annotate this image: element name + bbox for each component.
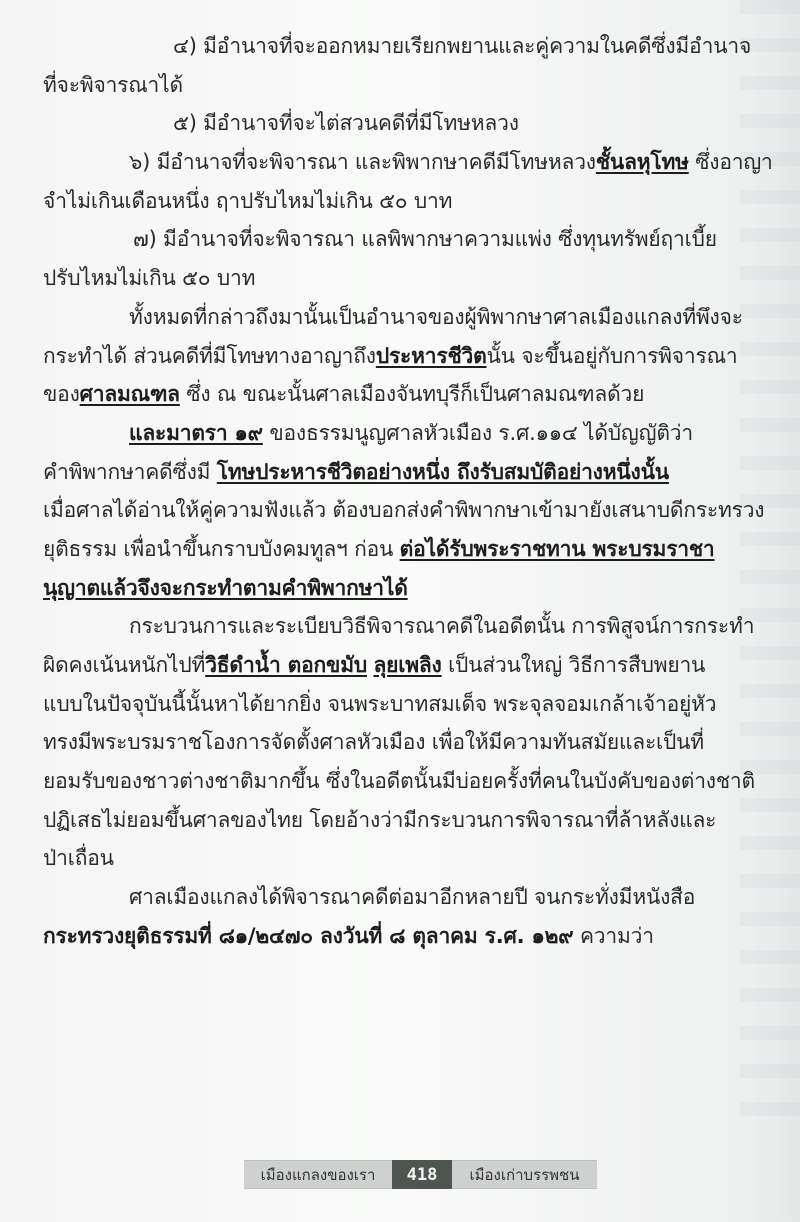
text-segment: ความว่า — [573, 924, 653, 948]
text-segment: กระทำได้ ส่วนคดีที่มีโทษทางอาญาถึง — [43, 344, 376, 368]
text-line: ผิดคงเน้นหนักไปที่วิธีดำน้ำ ตอกขมับ ลุยเ… — [43, 646, 800, 685]
text-line: กระทรวงยุติธรรมที่ ๘๑/๒๔๗๐ ลงวันที่ ๘ ตุ… — [43, 917, 800, 956]
text-line: ที่จะพิจารณาได้ — [43, 66, 800, 105]
text-segment: ของ — [43, 382, 80, 406]
text-segment: ๗) มีอำนาจที่จะพิจารณา แลพิพากษาความแพ่ง… — [133, 227, 717, 251]
text-line: และมาตรา ๑๙ ของธรรมนูญศาลหัวเมือง ร.ศ.๑๑… — [43, 414, 800, 453]
emphasized-text: วิธีดำน้ำ ตอกขมับ — [205, 653, 367, 677]
text-line: ๕) มีอำนาจที่จะไต่สวนคดีที่มีโทษหลวง — [43, 104, 800, 143]
footer-chapter-title: เมืองเก่าบรรพชน — [452, 1160, 597, 1189]
text-line: จำไม่เกินเดือนหนึ่ง ฤาปรับไหมไม่เกิน ๕๐ … — [43, 182, 800, 221]
text-segment: ศาลเมืองแกลงได้พิจารณาคดีต่อมาอีกหลายปี … — [129, 885, 695, 909]
text-line: ศาลเมืองแกลงได้พิจารณาคดีต่อมาอีกหลายปี … — [43, 878, 800, 917]
text-segment: กระบวนการและระเบียบวิธีพิจารณาคดีในอดีตน… — [129, 614, 754, 638]
text-line: กระบวนการและระเบียบวิธีพิจารณาคดีในอดีตน… — [43, 607, 800, 646]
text-segment: ปฏิเสธไม่ยอมขึ้นศาลของไทย โดยอ้างว่ามีกร… — [43, 808, 716, 832]
emphasized-text: และมาตรา ๑๙ — [129, 421, 263, 445]
text-segment: ๕) มีอำนาจที่จะไต่สวนคดีที่มีโทษหลวง — [173, 111, 519, 135]
body-text: ๔) มีอำนาจที่จะออกหมายเรียกพยานและคู่ควา… — [43, 27, 800, 956]
text-line: ๗) มีอำนาจที่จะพิจารณา แลพิพากษาความแพ่ง… — [43, 220, 800, 259]
text-line: นุญาตแล้วจึงจะกระทำตามคำพิพากษาได้ — [43, 569, 800, 608]
text-segment: ยอมรับของชาวต่างชาติมากขึ้น ซึ่งในอดีตนั… — [43, 769, 755, 793]
text-line: กระทำได้ ส่วนคดีที่มีโทษทางอาญาถึงประหาร… — [43, 337, 800, 376]
text-segment: ป่าเถื่อน — [43, 846, 114, 870]
text-segment: ซึ่ง ณ ขณะนั้นศาลเมืองจันทบุรีก็เป็นศาลม… — [180, 382, 644, 406]
text-line: ๖) มีอำนาจที่จะพิจารณา และพิพากษาคดีมีโท… — [43, 143, 800, 182]
emphasized-text: ประหารชีวิต — [376, 344, 487, 368]
emphasized-text: ชั้นลหุโทษ — [596, 150, 689, 174]
text-segment: ทั้งหมดที่กล่าวถึงมานั้นเป็นอำนาจของผู้พ… — [129, 305, 743, 329]
text-segment: แบบในปัจจุบันนี้นั้นหาได้ยากยิ่ง จนพระบา… — [43, 692, 716, 716]
page-number: 418 — [392, 1160, 452, 1189]
text-segment: คำพิพากษาคดีซึ่งมี — [43, 460, 217, 484]
text-segment: ผิดคงเน้นหนักไปที่ — [43, 653, 205, 677]
text-line: ปฏิเสธไม่ยอมขึ้นศาลของไทย โดยอ้างว่ามีกร… — [43, 801, 800, 840]
text-line: เมื่อศาลได้อ่านให้คู่ความฟังแล้ว ต้องบอก… — [43, 491, 800, 530]
text-segment: นั้น จะขึ้นอยู่กับการพิจารณา — [487, 344, 738, 368]
bold-text: กระทรวงยุติธรรมที่ ๘๑/๒๔๗๐ ลงวันที่ ๘ ตุ… — [43, 924, 573, 948]
emphasized-text: โทษประหารชีวิตอย่างหนึ่ง ถึงรับสมบัติอย่… — [217, 460, 669, 484]
text-line: ปรับไหมไม่เกิน ๕๐ บาท — [43, 259, 800, 298]
text-segment: ทรงมีพระบรมราชโองการจัดตั้งศาลหัวเมือง เ… — [43, 730, 704, 754]
page-footer: เมืองแกลงของเรา 418 เมืองเก่าบรรพชน — [244, 1160, 597, 1189]
text-segment: เมื่อศาลได้อ่านให้คู่ความฟังแล้ว ต้องบอก… — [43, 498, 764, 522]
text-line: แบบในปัจจุบันนี้นั้นหาได้ยากยิ่ง จนพระบา… — [43, 685, 800, 724]
text-segment: ซึ่งอาญา — [689, 150, 773, 174]
emphasized-text: ต่อได้รับพระราชทาน พระบรมราชา — [400, 537, 715, 561]
text-line: คำพิพากษาคดีซึ่งมี โทษประหารชีวิตอย่างหน… — [43, 453, 800, 492]
text-segment: ๔) มีอำนาจที่จะออกหมายเรียกพยานและคู่ควา… — [173, 34, 751, 58]
text-line: ของศาลมณฑล ซึ่ง ณ ขณะนั้นศาลเมืองจันทบุร… — [43, 375, 800, 414]
text-line: ทรงมีพระบรมราชโองการจัดตั้งศาลหัวเมือง เ… — [43, 723, 800, 762]
text-segment: ที่จะพิจารณาได้ — [43, 73, 183, 97]
text-segment: ปรับไหมไม่เกิน ๕๐ บาท — [43, 266, 255, 290]
text-line: ป่าเถื่อน — [43, 839, 800, 878]
text-line: ทั้งหมดที่กล่าวถึงมานั้นเป็นอำนาจของผู้พ… — [43, 298, 800, 337]
emphasized-text: ลุยเพลิง — [373, 653, 441, 677]
text-segment: เป็นส่วนใหญ่ วิธีการสืบพยาน — [442, 653, 706, 677]
text-segment: จำไม่เกินเดือนหนึ่ง ฤาปรับไหมไม่เกิน ๕๐ … — [43, 189, 452, 213]
footer-book-title: เมืองแกลงของเรา — [244, 1160, 392, 1189]
text-segment: ยุติธรรม เพื่อนำขึ้นกราบบังคมทูลฯ ก่อน — [43, 537, 400, 561]
text-line: ยุติธรรม เพื่อนำขึ้นกราบบังคมทูลฯ ก่อน ต… — [43, 530, 800, 569]
text-line: ยอมรับของชาวต่างชาติมากขึ้น ซึ่งในอดีตนั… — [43, 762, 800, 801]
emphasized-text: ศาลมณฑล — [80, 382, 180, 406]
text-segment: ๖) มีอำนาจที่จะพิจารณา และพิพากษาคดีมีโท… — [129, 150, 596, 174]
text-line: ๔) มีอำนาจที่จะออกหมายเรียกพยานและคู่ควา… — [43, 27, 800, 66]
emphasized-text: นุญาตแล้วจึงจะกระทำตามคำพิพากษาได้ — [43, 576, 408, 600]
text-segment: ของธรรมนูญศาลหัวเมือง ร.ศ.๑๑๔ ได้บัญญัติ… — [263, 421, 693, 445]
